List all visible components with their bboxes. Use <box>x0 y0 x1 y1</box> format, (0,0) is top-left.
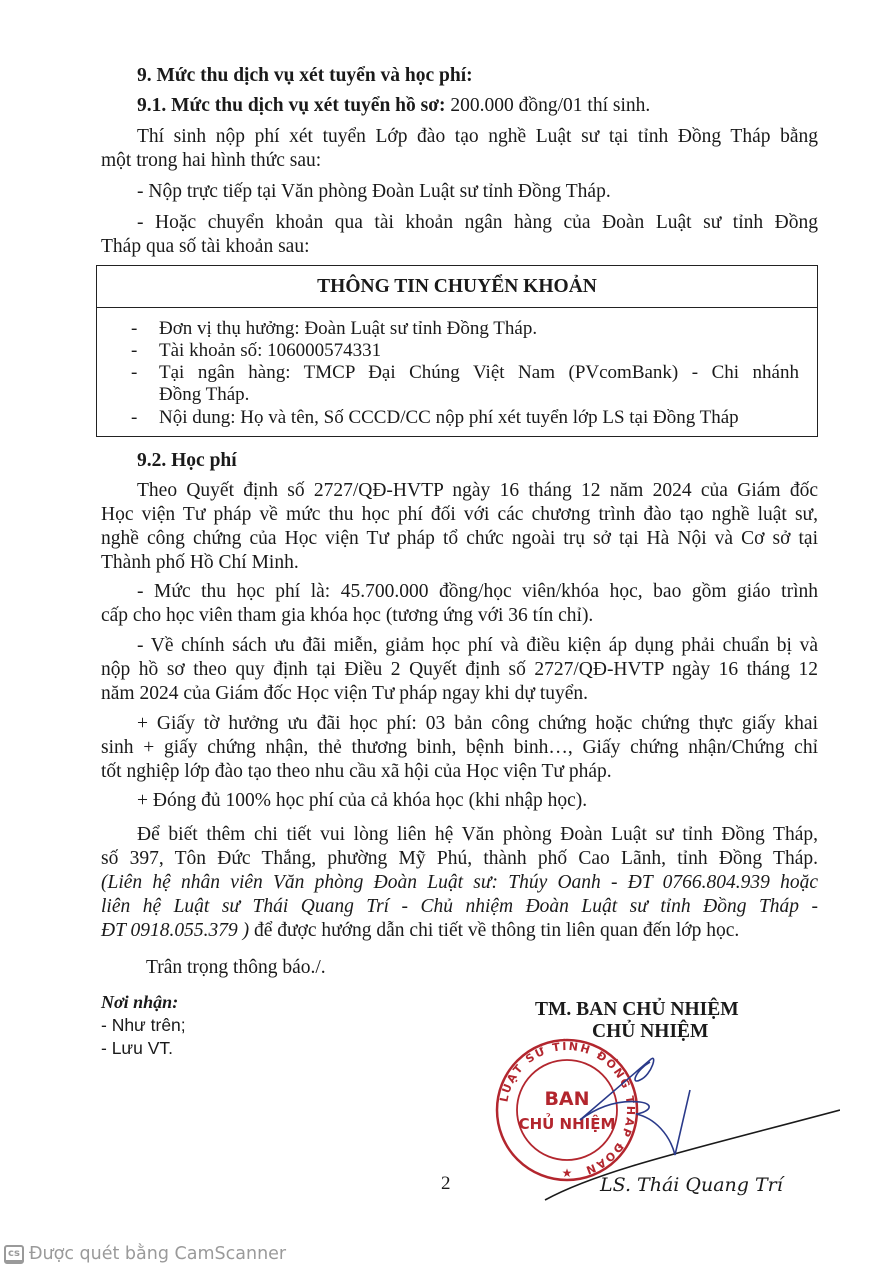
document-page: 9. Mức thu dịch vụ xét tuyển và học phí:… <box>0 0 889 1280</box>
signer-name: LS. Thái Quang Trí <box>600 1174 783 1196</box>
paragraph-line: Thí sinh nộp phí xét tuyển Lớp đào tạo n… <box>137 125 818 149</box>
list-dash: - <box>131 407 137 429</box>
paragraph-line: nộp hồ sơ theo quy định tại Điều 2 Quyết… <box>101 658 818 682</box>
camscanner-text: Được quét bằng CamScanner <box>29 1244 286 1264</box>
transfer-item-text: Đồng Tháp. <box>159 384 799 406</box>
paragraph-line: Theo Quyết định số 2727/QĐ-HVTP ngày 16 … <box>137 479 818 503</box>
contact-rest: để được hướng dẫn chi tiết về thông tin … <box>249 920 739 941</box>
section-9-2-heading: 9.2. Học phí <box>137 449 237 473</box>
transfer-item-text: Tại ngân hàng: TMCP Đại Chúng Việt Nam (… <box>159 362 799 384</box>
section-9-1-label: 9.1. Mức thu dịch vụ xét tuyển hồ sơ: <box>137 95 446 116</box>
paragraph-line: Học viện Tư pháp về mức thu học phí đối … <box>101 503 818 527</box>
list-dash: - <box>131 340 137 362</box>
list-dash: - <box>131 318 137 340</box>
paragraph-line: năm 2024 của Giám đốc Học viện Tư pháp n… <box>101 682 588 706</box>
paragraph-line: - Về chính sách ưu đãi miễn, giảm học ph… <box>137 634 818 658</box>
signature-title-1: TM. BAN CHỦ NHIỆM <box>535 998 739 1022</box>
recipient-item: - Như trên; <box>101 1013 186 1037</box>
contact-line: liên hệ Luật sư Thái Quang Trí - Chủ nhi… <box>101 895 818 919</box>
transfer-info-box: THÔNG TIN CHUYỂN KHOẢN - Đơn vị thụ hưởn… <box>96 265 818 437</box>
paragraph-line: Tháp qua số tài khoản sau: <box>101 235 310 259</box>
transfer-item-text: Tài khoản số: 106000574331 <box>159 340 799 362</box>
paragraph-line: cấp cho học viên tham gia khóa học (tươn… <box>101 604 593 628</box>
transfer-item-text: Đơn vị thụ hưởng: Đoàn Luật sư tỉnh Đồng… <box>159 318 799 340</box>
transfer-item-text: Nội dung: Họ và tên, Số CCCD/CC nộp phí … <box>159 407 799 429</box>
paragraph-line: + Giấy tờ hưởng ưu đãi học phí: 03 bản c… <box>137 712 818 736</box>
section-9-1: 9.1. Mức thu dịch vụ xét tuyển hồ sơ: 20… <box>137 94 650 118</box>
contact-line: số 397, Tôn Đức Thắng, phường Mỹ Phú, th… <box>101 847 818 871</box>
contact-line: ĐT 0918.055.379 ) để được hướng dẫn chi … <box>101 919 739 943</box>
payment-option-1: - Nộp trực tiếp tại Văn phòng Đoàn Luật … <box>137 180 611 204</box>
recipients-label: Nơi nhận: <box>101 990 178 1014</box>
camscanner-logo-icon: cs <box>4 1245 24 1264</box>
page-number: 2 <box>441 1173 451 1195</box>
section-9-heading: 9. Mức thu dịch vụ xét tuyển và học phí: <box>137 64 473 88</box>
list-dash: - <box>131 362 137 384</box>
contact-line: Để biết thêm chi tiết vui lòng liên hệ V… <box>137 823 818 847</box>
paragraph-line: Thành phố Hồ Chí Minh. <box>101 551 299 575</box>
payment-option-2: - Hoặc chuyển khoản qua tài khoản ngân h… <box>137 211 818 235</box>
recipient-item: - Lưu VT. <box>101 1036 173 1060</box>
closing-line: Trân trọng thông báo./. <box>146 956 326 980</box>
paragraph-line: nghề công chứng của Học viện Tư pháp tổ … <box>101 527 818 551</box>
paragraph-line: một trong hai hình thức sau: <box>101 149 321 173</box>
section-9-1-value: 200.000 đồng/01 thí sinh. <box>446 95 651 116</box>
camscanner-watermark: cs Được quét bằng CamScanner <box>4 1244 286 1264</box>
paragraph-line: sinh + giấy chứng nhận, thẻ thương binh,… <box>101 736 818 760</box>
contact-phone: ĐT 0918.055.379 ) <box>101 920 249 941</box>
contact-line: (Liên hệ nhân viên Văn phòng Đoàn Luật s… <box>101 871 818 895</box>
paragraph-line: tốt nghiệp lớp đào tạo theo nhu cầu xã h… <box>101 760 612 784</box>
transfer-info-title: THÔNG TIN CHUYỂN KHOẢN <box>97 266 817 308</box>
paragraph-line: + Đóng đủ 100% học phí của cả khóa học (… <box>137 789 587 813</box>
tuition-fee-line: - Mức thu học phí là: 45.700.000 đồng/họ… <box>137 580 818 604</box>
